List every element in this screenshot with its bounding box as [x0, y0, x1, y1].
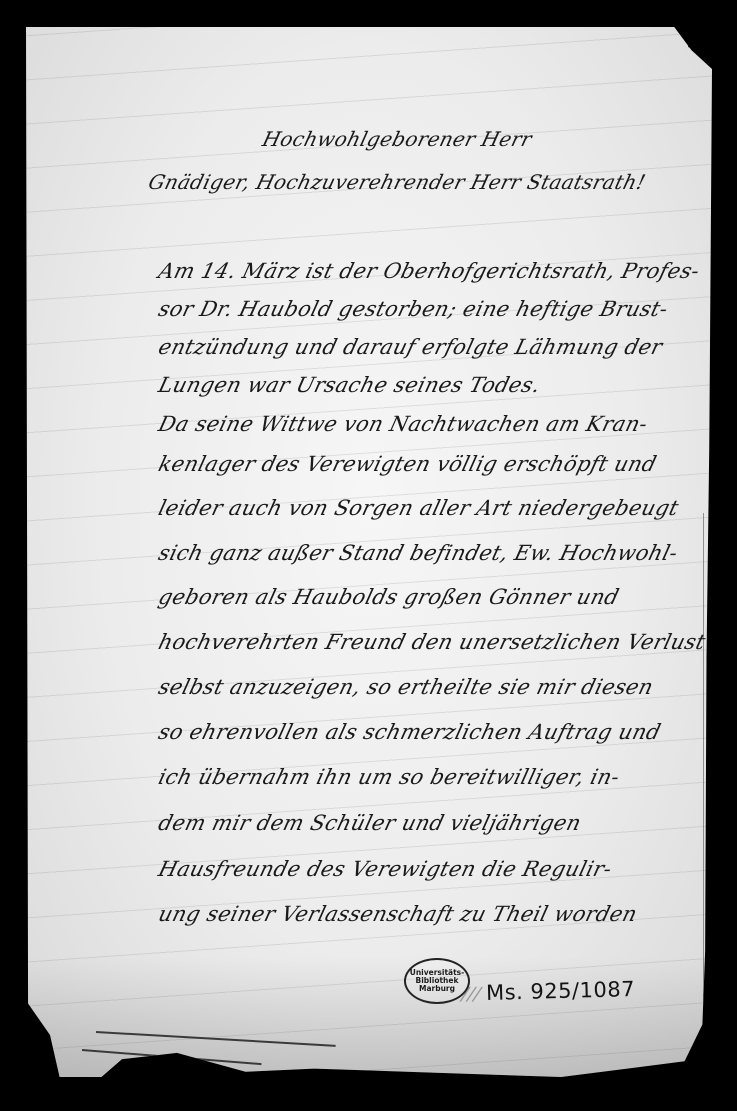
stamp-line: Marburg	[419, 985, 455, 993]
body-line: hochverehrten Freund den unersetzlichen …	[156, 630, 708, 654]
stamp-line: Bibliothek	[416, 977, 459, 985]
body-line: Da seine Wittwe von Nachtwachen am Kran-	[156, 412, 650, 436]
letter-text: Hochwohlgeborener Herr Gnädiger, Hochzuv…	[26, 27, 712, 1077]
salutation-line-1: Hochwohlgeborener Herr	[260, 127, 534, 151]
body-line: Hausfreunde des Verewigten die Regulir-	[156, 857, 614, 881]
library-stamp: Universitäts- Bibliothek Marburg	[404, 958, 470, 1004]
body-line: sor Dr. Haubold gestorben; eine heftige …	[156, 297, 671, 321]
pencil-marks: ///	[458, 984, 484, 1005]
body-line: selbst anzuzeigen, so ertheilte sie mir …	[156, 675, 656, 699]
bottom-fold-line	[96, 1031, 336, 1047]
body-line: dem mir dem Schüler und vieljährigen	[156, 811, 584, 835]
shelfmark: Ms. 925/1087	[486, 977, 636, 1005]
body-line: sich ganz außer Stand befindet, Ew. Hoch…	[156, 541, 680, 565]
body-line: so ehrenvollen als schmerzlichen Auftrag…	[156, 720, 663, 744]
body-line: Lungen war Ursache seines Todes.	[156, 373, 543, 397]
body-line: ung seiner Verlassenschaft zu Theil word…	[156, 902, 640, 926]
body-line: Am 14. März ist der Oberhofgerichtsrath,…	[156, 259, 702, 283]
body-line: kenlager des Verewigten völlig erschöpft…	[156, 452, 659, 476]
body-line: leider auch von Sorgen aller Art niederg…	[156, 496, 681, 520]
manuscript-page: Hochwohlgeborener Herr Gnädiger, Hochzuv…	[26, 27, 712, 1077]
stamp-line: Universitäts-	[410, 969, 465, 977]
body-line: ich übernahm ihn um so bereitwilliger, i…	[156, 765, 622, 789]
bottom-fold-line	[82, 1049, 262, 1065]
body-line: geboren als Haubolds großen Gönner und	[156, 585, 622, 609]
body-line: entzündung und darauf erfolgte Lähmung d…	[156, 335, 665, 359]
salutation-line-2: Gnädiger, Hochzuverehrender Herr Staatsr…	[146, 170, 648, 194]
